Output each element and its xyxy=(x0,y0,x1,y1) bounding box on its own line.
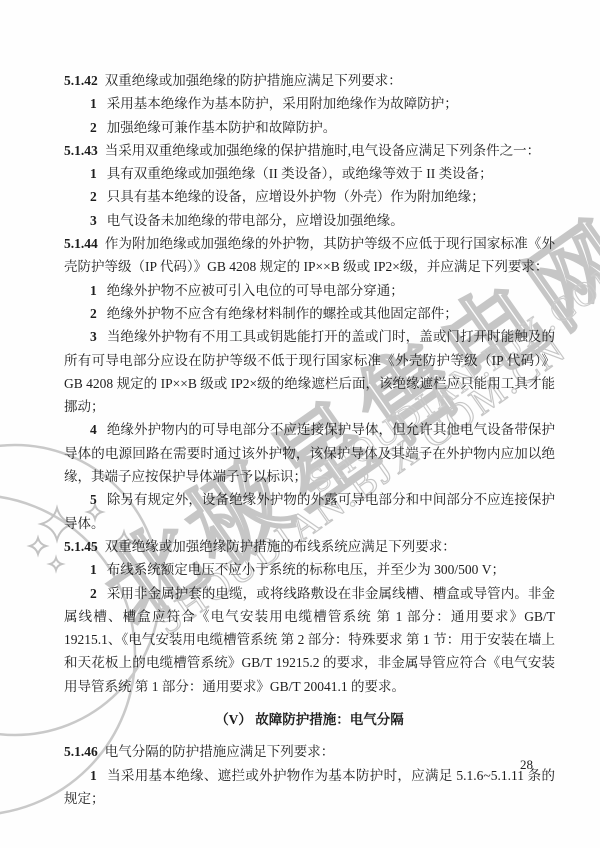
clause-paragraph: 5.1.45双重绝缘或加强绝缘防护措施的布线系统应满足下列要求： xyxy=(64,535,555,558)
paragraph-text: 当绝缘外护物有不用工具或钥匙能打开的盖或门时，盖或门打开时能触及的所有可导电部分… xyxy=(64,329,555,414)
list-item-paragraph: 4绝缘外护物内的可导电部分不应连接保护导体，但允许其他电气设备带保护导体的电源回… xyxy=(64,418,555,488)
clause-paragraph: 5.1.46电气分隔的防护措施应满足下列要求： xyxy=(64,740,555,763)
item-number: 5 xyxy=(90,492,97,507)
paragraph-text: 绝缘外护物不应含有绝缘材料制作的螺拴或其他固定部件； xyxy=(107,306,458,321)
clause-number: 5.1.45 xyxy=(64,539,98,554)
item-number: 2 xyxy=(90,306,97,321)
list-item-paragraph: 2绝缘外护物不应含有绝缘材料制作的螺拴或其他固定部件； xyxy=(64,302,555,325)
paragraph-text: 绝缘外护物不应被可引入电位的可导电部分穿通； xyxy=(107,283,404,298)
clause-number: 5.1.42 xyxy=(64,73,98,88)
clause-number: 5.1.46 xyxy=(64,744,98,759)
item-number: 2 xyxy=(90,189,97,204)
item-number: 4 xyxy=(90,422,97,437)
item-number: 1 xyxy=(90,96,97,111)
list-item-paragraph: 1布线系统额定电压不应小于系统的标称电压，并至少为 300/500 V； xyxy=(64,558,555,581)
paragraph-text: 电气设备未加绝缘的带电部分，应增设加强绝缘。 xyxy=(107,213,404,228)
item-number: 1 xyxy=(90,283,97,298)
clause-paragraph: 5.1.44作为附加绝缘或加强绝缘的外护物，其防护等级不应低于现行国家标准《外壳… xyxy=(64,232,555,279)
four-pointed-star-icon xyxy=(50,558,62,570)
clause-paragraph: 5.1.43当采用双重绝缘或加强绝缘的保护措施时,电气设备应满足下列条件之一： xyxy=(64,139,555,162)
document-page: 北极星售电网 SHOUDIAN.BJX.COM.CN SHOUDIAN.BJX.… xyxy=(0,0,600,848)
paragraph-text: 绝缘外护物内的可导电部分不应连接保护导体，但允许其他电气设备带保护导体的电源回路… xyxy=(64,422,555,484)
paragraph-text: 作为附加绝缘或加强绝缘的外护物，其防护等级不应低于现行国家标准《外壳防护等级（I… xyxy=(64,236,555,274)
item-number: 1 xyxy=(90,562,97,577)
paragraph-text: 除另有规定外，设备绝缘外护物的外露可导电部分和中间部分不应连接保护导体。 xyxy=(64,492,555,530)
list-item-paragraph: 1采用基本绝缘作为基本防护，采用附加绝缘作为故障防护； xyxy=(64,92,555,115)
paragraph-text: 采用非金属护套的电缆，或将线路敷设在非金属线槽、槽盒或导管内。非金属线槽、槽盒应… xyxy=(64,586,555,694)
paragraph-text: 双重绝缘或加强绝缘防护措施的布线系统应满足下列要求： xyxy=(105,539,456,554)
subsection-heading: （V） 故障防护措施：电气分隔 xyxy=(64,708,555,731)
list-item-paragraph: 3电气设备未加绝缘的带电部分，应增设加强绝缘。 xyxy=(64,209,555,232)
list-item-paragraph: 1具有双重绝缘或加强绝缘（II 类设备），或绝缘等效于 II 类设备； xyxy=(64,162,555,185)
paragraph-text: 布线系统额定电压不应小于系统的标称电压，并至少为 300/500 V； xyxy=(107,562,505,577)
paragraph-text: 当采用基本绝缘、遮拦或外护物作为基本防护时，应满足 5.1.6~5.1.11 条… xyxy=(64,768,555,806)
item-number: 2 xyxy=(90,120,97,135)
list-item-paragraph: 2只具有基本绝缘的设备，应增设外护物（外壳）作为附加绝缘； xyxy=(64,185,555,208)
page-number: 28 xyxy=(520,757,533,773)
list-item-paragraph: 1当采用基本绝缘、遮拦或外护物作为基本防护时，应满足 5.1.6~5.1.11 … xyxy=(64,764,555,811)
paragraph-text: 加强绝缘可兼作基本防护和故障防护。 xyxy=(107,120,337,135)
paragraph-text: 当采用双重绝缘或加强绝缘的保护措施时,电气设备应满足下列条件之一： xyxy=(105,143,540,158)
four-pointed-star-icon xyxy=(30,538,46,554)
paragraph-text: 双重绝缘或加强绝缘的防护措施应满足下列要求： xyxy=(105,73,402,88)
list-item-paragraph: 5除另有规定外，设备绝缘外护物的外露可导电部分和中间部分不应连接保护导体。 xyxy=(64,488,555,535)
list-item-paragraph: 1绝缘外护物不应被可引入电位的可导电部分穿通； xyxy=(64,279,555,302)
clause-paragraph: 5.1.42双重绝缘或加强绝缘的防护措施应满足下列要求： xyxy=(64,69,555,92)
item-number: 1 xyxy=(90,768,97,783)
paragraph-text: 具有双重绝缘或加强绝缘（II 类设备），或绝缘等效于 II 类设备； xyxy=(107,166,493,181)
clause-number: 5.1.43 xyxy=(64,143,98,158)
paragraph-text: （V） 故障防护措施：电气分隔 xyxy=(215,712,404,727)
document-body: 5.1.42双重绝缘或加强绝缘的防护措施应满足下列要求：1采用基本绝缘作为基本防… xyxy=(64,69,555,810)
paragraph-text: 只具有基本绝缘的设备，应增设外护物（外壳）作为附加绝缘； xyxy=(107,189,485,204)
paragraph-text: 电气分隔的防护措施应满足下列要求： xyxy=(105,744,335,759)
list-item-paragraph: 2采用非金属护套的电缆，或将线路敷设在非金属线槽、槽盒或导管内。非金属线槽、槽盒… xyxy=(64,582,555,698)
list-item-paragraph: 2加强绝缘可兼作基本防护和故障防护。 xyxy=(64,116,555,139)
clause-number: 5.1.44 xyxy=(64,236,98,251)
paragraph-text: 采用基本绝缘作为基本防护，采用附加绝缘作为故障防护； xyxy=(107,96,458,111)
item-number: 3 xyxy=(90,213,97,228)
item-number: 2 xyxy=(90,586,97,601)
list-item-paragraph: 3当绝缘外护物有不用工具或钥匙能打开的盖或门时，盖或门打开时能触及的所有可导电部… xyxy=(64,325,555,418)
item-number: 3 xyxy=(90,329,97,344)
item-number: 1 xyxy=(90,166,97,181)
